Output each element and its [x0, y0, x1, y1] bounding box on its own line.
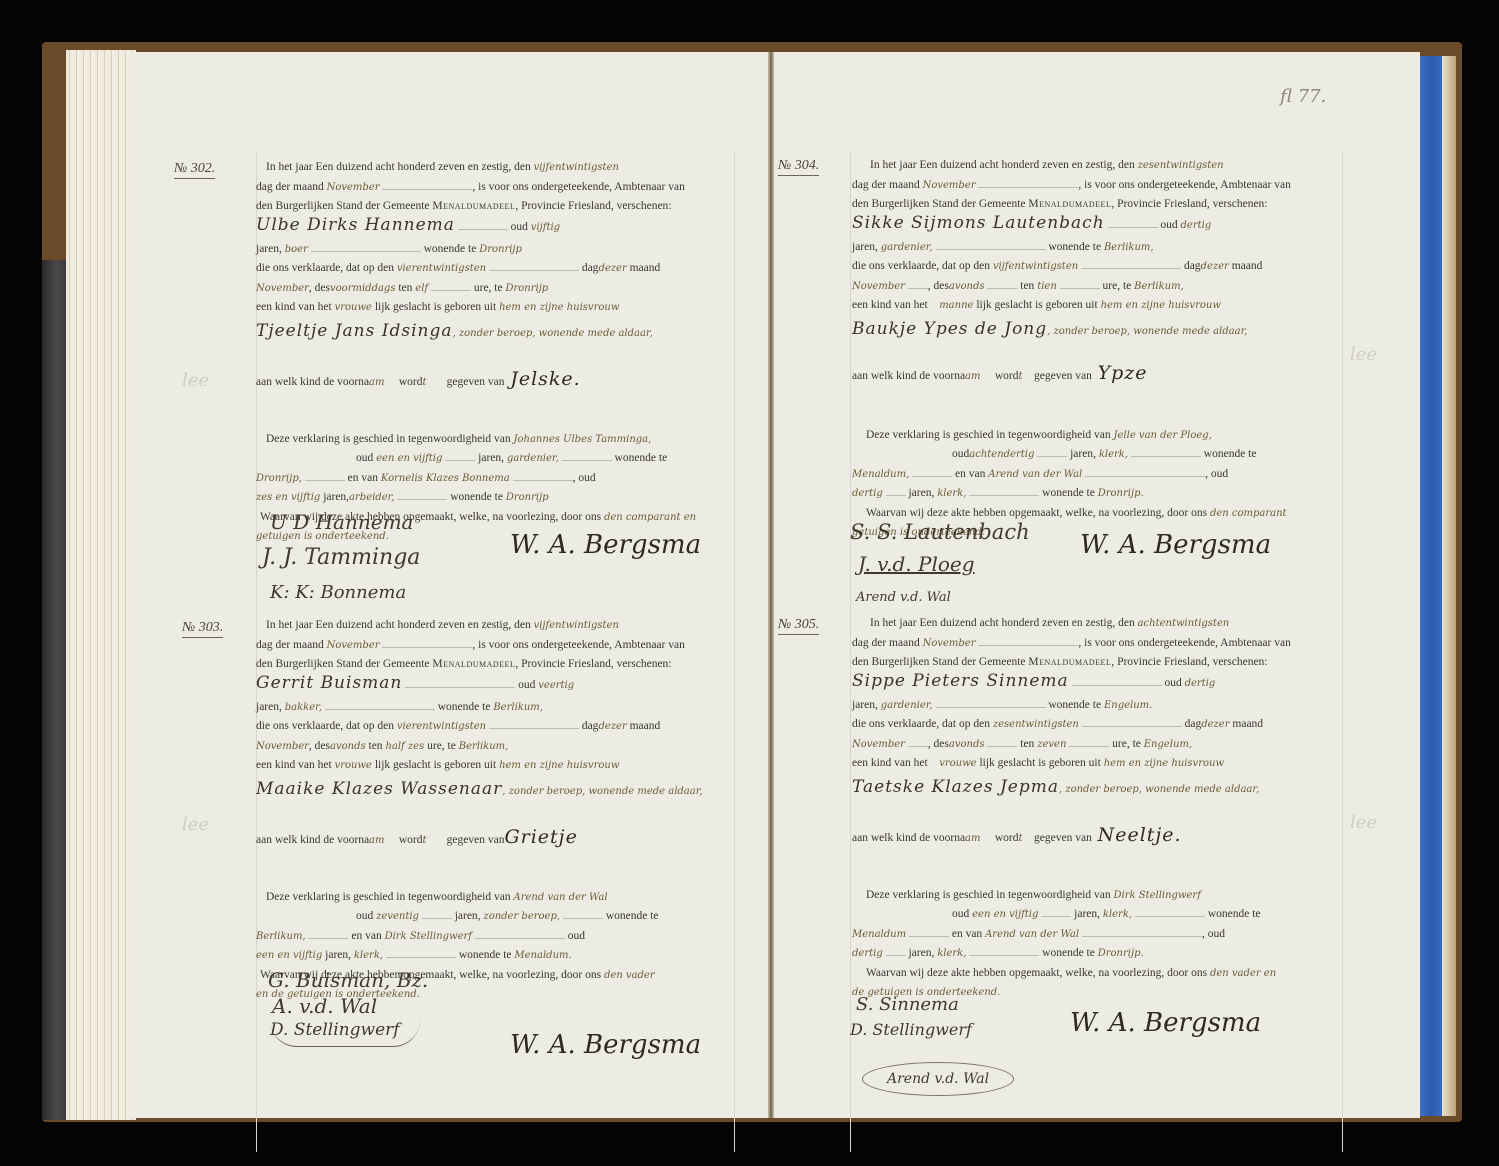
entry-number: № 303. — [182, 620, 223, 638]
declarant-name: Gerrit Buisman — [256, 673, 402, 693]
cover-binding-left — [42, 260, 66, 1120]
birth-entry: In het jaar Een duizend acht honderd zev… — [852, 156, 1336, 543]
signature: J. v.d. Ploeg — [858, 552, 975, 576]
page-edges-left — [66, 50, 136, 1120]
official-signature: W. A. Bergsma — [1080, 530, 1271, 560]
birth-entry: In het jaar Een duizend acht honderd zev… — [256, 158, 736, 547]
mother-name: Maaike Klazes Wassenaar — [256, 779, 502, 799]
entry-number: № 304. — [778, 158, 819, 176]
signature: Arend v.d. Wal — [856, 590, 951, 605]
child-name: Neeltje. — [1098, 824, 1182, 846]
signature: U D Hannema — [270, 510, 413, 534]
signature: A. v.d. Wal — [272, 994, 377, 1018]
margin-note: lee — [182, 814, 209, 835]
mother-name: Tjeeltje Jans Idsinga — [256, 321, 453, 341]
declarant-name: Sippe Pieters Sinnema — [852, 671, 1069, 691]
mother-name: Baukje Ypes de Jong — [852, 319, 1047, 339]
margin-note: lee — [182, 370, 209, 391]
margin-note: lee — [1350, 344, 1377, 365]
official-signature: W. A. Bergsma — [510, 530, 701, 560]
signature: D. Stellingwerf — [270, 1020, 420, 1047]
blue-edge-right — [1420, 56, 1442, 1116]
folio-number: fl 77. — [1280, 86, 1326, 107]
margin-note: lee — [1350, 812, 1377, 833]
child-name: Grietje — [504, 826, 577, 848]
birth-entry: In het jaar Een duizend acht honderd zev… — [852, 614, 1336, 1003]
book-gutter — [768, 52, 774, 1118]
margin-rule — [1342, 152, 1343, 1152]
signature: J. J. Tamminga — [262, 545, 420, 570]
signature: K: K: Bonnema — [270, 582, 406, 603]
official-signature: W. A. Bergsma — [1070, 1008, 1261, 1038]
mother-name: Taetske Klazes Jepma — [852, 777, 1059, 797]
entry-number: № 305. — [778, 617, 819, 635]
declarant-name: Ulbe Dirks Hannema — [256, 215, 455, 235]
child-name: Jelske. — [510, 368, 581, 390]
margin-rule — [850, 152, 851, 1152]
birth-entry: In het jaar Een duizend acht honderd zev… — [256, 616, 736, 1005]
signature: S. Sinnema — [856, 994, 959, 1015]
entry-number: № 302. — [174, 161, 215, 179]
signature: D. Stellingwerf — [850, 1020, 972, 1039]
official-signature: W. A. Bergsma — [510, 1030, 701, 1060]
page-edges-right — [1442, 56, 1456, 1116]
signature: S. S. Lautenbach — [850, 520, 1030, 544]
signature: Arend v.d. Wal — [862, 1062, 1014, 1096]
signature: G. Buisman, Bz. — [268, 968, 428, 992]
child-name: Ypze — [1098, 362, 1148, 384]
declarant-name: Sikke Sijmons Lautenbach — [852, 213, 1105, 233]
